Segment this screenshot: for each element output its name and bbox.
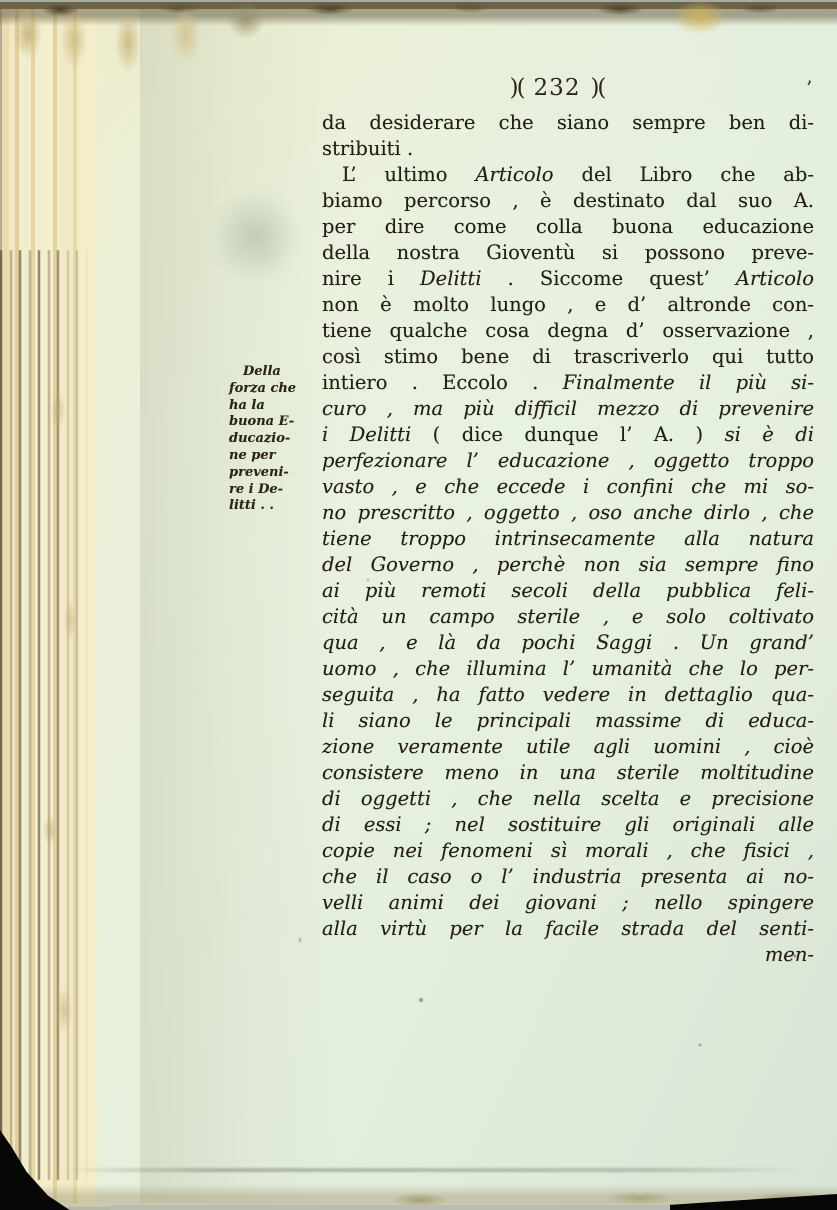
italic-text: tiene troppo intrinsecamente alla natura [322, 527, 814, 550]
main-text-column: da desiderare che siano sempre ben di-st… [322, 110, 814, 968]
text-line: curo , ma più difficil mezzo di prevenir… [322, 396, 814, 422]
text-line: velli animi dei giovani ; nello spingere [322, 890, 814, 916]
margin-note-line: ducazio- [229, 431, 317, 448]
text-line: li siano le principali massime di educa- [322, 708, 814, 734]
margin-note-line: forza che [229, 381, 317, 398]
bottom-gray-strip [110, 1205, 670, 1210]
italic-text: no prescritto , oggetto , oso anche dirl… [322, 501, 814, 524]
roman-text: da desiderare che siano sempre ben di- [322, 111, 814, 134]
roman-text: . Siccome quest’ [482, 267, 736, 290]
margin-note-line: Della [229, 364, 317, 381]
italic-text: Articolo [736, 267, 814, 290]
roman-text: ( dice dunque l’ A. ) [433, 423, 725, 446]
text-line: zione veramente utile agli uomini , cioè [322, 734, 814, 760]
italic-text: si è di [725, 423, 814, 446]
italic-text: curo , ma più difficil mezzo di prevenir… [322, 397, 814, 420]
italic-text: Finalmente il più si- [563, 371, 814, 394]
text-line: stribuiti . [322, 136, 814, 162]
roman-text: della nostra Gioventù si possono preve- [322, 241, 814, 264]
roman-text: intiero . Eccolo . [322, 371, 563, 394]
italic-text: vasto , e che eccede i confini che mi so… [322, 475, 814, 498]
italic-text: del Governo , perchè non sia sempre fino [322, 553, 814, 576]
roman-text: non è molto lungo , e d’ altronde con- [322, 293, 814, 316]
text-line: del Governo , perchè non sia sempre fino [322, 552, 814, 578]
margin-note-line: preveni- [229, 465, 317, 482]
italic-text: cità un campo sterile , e solo coltivato [322, 605, 814, 628]
margin-note-line: re i De- [229, 482, 317, 499]
text-line: di oggetti , che nella scelta e precisio… [322, 786, 814, 812]
roman-text: L’ ultimo [342, 163, 475, 186]
text-line: uomo , che illumina l’ umanità che lo pe… [322, 656, 814, 682]
roman-text: stribuiti . [322, 137, 413, 160]
text-line: no prescritto , oggetto , oso anche dirl… [322, 500, 814, 526]
text-line: della nostra Gioventù si possono preve- [322, 240, 814, 266]
text-line: biamo percorso , è destinato dal suo A. [322, 188, 814, 214]
page-number: 232 [534, 75, 581, 101]
text-line: copie nei fenomeni sì morali , che fisic… [322, 838, 814, 864]
italic-text: Articolo [475, 163, 553, 186]
text-line: seguita , ha fatto vedere in dettaglio q… [322, 682, 814, 708]
italic-text: li siano le principali massime di educa- [322, 709, 814, 732]
italic-text: di oggetti , che nella scelta e precisio… [322, 787, 814, 810]
text-line: così stimo bene di trascriverlo qui tutt… [322, 344, 814, 370]
italic-text: zione veramente utile agli uomini , cioè [322, 735, 814, 758]
text-line: tiene qualche cosa degna d’ osservazione… [322, 318, 814, 344]
text-line: cità un campo sterile , e solo coltivato [322, 604, 814, 630]
text-line: qua , e là da pochi Saggi . Un grand’ [322, 630, 814, 656]
margin-note-line: buona E- [229, 414, 317, 431]
roman-text: così stimo bene di trascriverlo qui tutt… [322, 345, 814, 368]
paper-crease [60, 1168, 800, 1172]
roman-text: del Libro che ab- [554, 163, 814, 186]
margin-note-line: ha la [229, 398, 317, 415]
text-line: L’ ultimo Articolo del Libro che ab- [322, 162, 814, 188]
italic-text: seguita , ha fatto vedere in dettaglio q… [322, 683, 814, 706]
italic-text: Delitti [420, 267, 482, 290]
page-number-header: )(232)( [322, 74, 792, 102]
italic-text: qua , e là da pochi Saggi . Un grand’ [322, 631, 814, 654]
text-line: tiene troppo intrinsecamente alla natura [322, 526, 814, 552]
text-line: consistere meno in una sterile moltitudi… [322, 760, 814, 786]
book-page-photo: )(232)( ’ Dellaforza cheha labuona E-duc… [0, 0, 837, 1210]
italic-text: alla virtù per la facile strada del sent… [322, 917, 814, 940]
text-line: perfezionare l’ educazione , oggetto tro… [322, 448, 814, 474]
text-line: che il caso o l’ industria presenta ai n… [322, 864, 814, 890]
roman-text: nire i [322, 267, 420, 290]
italic-text: velli animi dei giovani ; nello spingere [322, 891, 814, 914]
italic-text: i Delitti [322, 423, 433, 446]
text-line: alla virtù per la facile strada del sent… [322, 916, 814, 942]
margin-note-line: ne per [229, 448, 317, 465]
header-ornament-right: )( [580, 75, 614, 101]
stray-ink-mark: ’ [806, 76, 812, 100]
italic-text: consistere meno in una sterile moltitudi… [322, 761, 814, 784]
italic-text: perfezionare l’ educazione , oggetto tro… [322, 449, 814, 472]
margin-note: Dellaforza cheha labuona E-ducazio-ne pe… [229, 364, 317, 515]
text-line: intiero . Eccolo . Finalmente il più si- [322, 370, 814, 396]
italic-text: che il caso o l’ industria presenta ai n… [322, 865, 814, 888]
italic-text: copie nei fenomeni sì morali , che fisic… [322, 839, 814, 862]
text-line: i Delitti ( dice dunque l’ A. ) si è di [322, 422, 814, 448]
catchword: men- [322, 942, 814, 968]
roman-text: biamo percorso , è destinato dal suo A. [322, 189, 814, 212]
italic-text: uomo , che illumina l’ umanità che lo pe… [322, 657, 814, 680]
italic-text: men- [765, 943, 814, 966]
header-ornament-left: )( [500, 75, 534, 101]
text-line: per dire come colla buona educazione [322, 214, 814, 240]
text-line: di essi ; nel sostituire gli originali a… [322, 812, 814, 838]
margin-note-line: litti . . [229, 498, 317, 515]
italic-text: ai più remoti secoli della pubblica feli… [322, 579, 814, 602]
text-line: non è molto lungo , e d’ altronde con- [322, 292, 814, 318]
text-line: da desiderare che siano sempre ben di- [322, 110, 814, 136]
text-line: vasto , e che eccede i confini che mi so… [322, 474, 814, 500]
text-line: nire i Delitti . Siccome quest’ Articolo [322, 266, 814, 292]
roman-text: tiene qualche cosa degna d’ osservazione… [322, 319, 814, 342]
text-line: ai più remoti secoli della pubblica feli… [322, 578, 814, 604]
italic-text: di essi ; nel sostituire gli originali a… [322, 813, 814, 836]
roman-text: per dire come colla buona educazione [322, 215, 814, 238]
